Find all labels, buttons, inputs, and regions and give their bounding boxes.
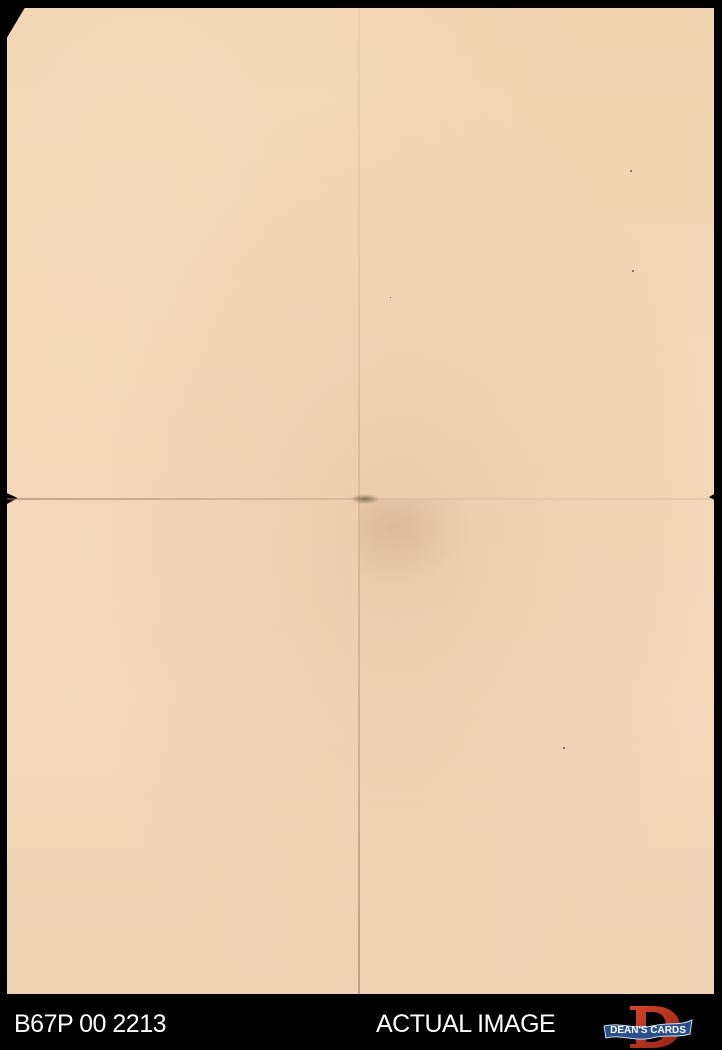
fold-intersection-mark	[350, 494, 380, 504]
svg-text:DEAN'S CARDS: DEAN'S CARDS	[610, 1025, 686, 1036]
deans-cards-logo-icon: DEAN'S CARDS	[600, 1004, 696, 1050]
deans-cards-logo: DEAN'S CARDS	[600, 1004, 696, 1050]
card-id: B67P 00 2213	[14, 1010, 166, 1039]
caption-bar: B67P 00 2213 ACTUAL IMAGE DEAN'S CARDS	[0, 1002, 722, 1050]
actual-image-label: ACTUAL IMAGE	[376, 1010, 555, 1039]
scanned-image	[0, 0, 722, 1002]
paper-speck	[563, 747, 565, 749]
paper-stain	[360, 500, 470, 590]
paper-speck	[632, 270, 634, 272]
paper-speck	[630, 170, 632, 172]
paper-speck	[390, 297, 391, 298]
